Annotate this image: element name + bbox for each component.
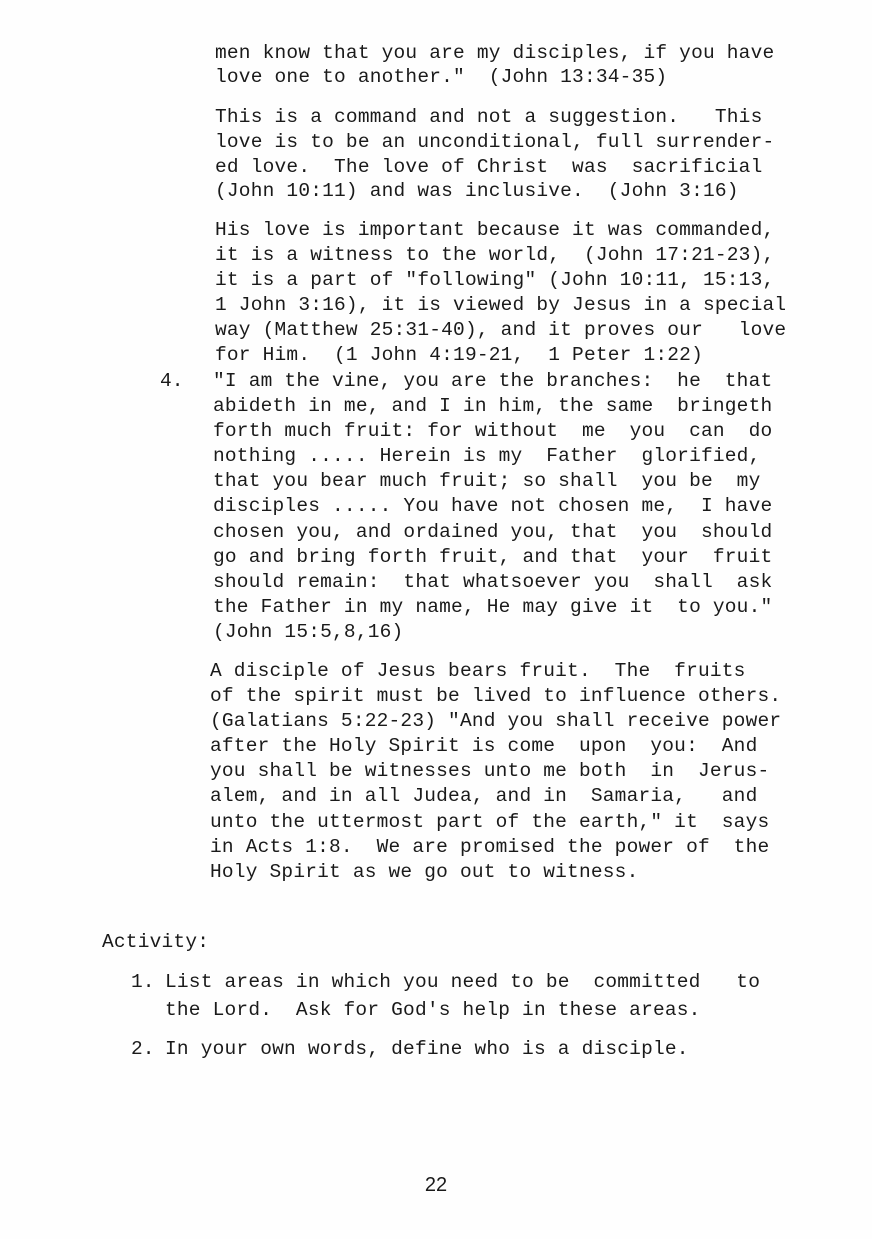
text-line: it is a witness to the world, (John 17:2… bbox=[215, 246, 774, 266]
text-line: chosen you, and ordained you, that you s… bbox=[213, 523, 772, 543]
text-line: disciples ..... You have not chosen me, … bbox=[213, 497, 772, 517]
text-line: the Father in my name, He may give it to… bbox=[213, 598, 772, 618]
text-line: abideth in me, and I in him, the same br… bbox=[213, 397, 772, 417]
text-line: way (Matthew 25:31-40), and it proves ou… bbox=[215, 321, 786, 341]
text-line: in Acts 1:8. We are promised the power o… bbox=[210, 838, 769, 858]
list-number: 2. bbox=[131, 1040, 154, 1060]
text-line: of the spirit must be lived to influence… bbox=[210, 687, 781, 707]
text-line: love one to another." (John 13:34-35) bbox=[215, 68, 667, 88]
text-line: This is a command and not a suggestion. … bbox=[215, 108, 763, 128]
list-number: 1. bbox=[131, 973, 154, 993]
text-line: His love is important because it was com… bbox=[215, 221, 774, 241]
text-line: should remain: that whatsoever you shall… bbox=[213, 573, 772, 593]
text-line: nothing ..... Herein is my Father glorif… bbox=[213, 447, 761, 467]
text-line: it is a part of "following" (John 10:11,… bbox=[215, 271, 774, 291]
activity-item-text: List areas in which you need to be commi… bbox=[165, 973, 760, 993]
text-line: unto the uttermost part of the earth," i… bbox=[210, 813, 769, 833]
document-page: men know that you are my disciples, if y… bbox=[0, 0, 872, 1239]
text-line: (John 10:11) and was inclusive. (John 3:… bbox=[215, 182, 739, 202]
text-line: Holy Spirit as we go out to witness. bbox=[210, 863, 638, 883]
text-line: love is to be an unconditional, full sur… bbox=[215, 133, 774, 153]
text-line: A disciple of Jesus bears fruit. The fru… bbox=[210, 662, 746, 682]
text-line: ed love. The love of Christ was sacrific… bbox=[215, 158, 763, 178]
text-line: men know that you are my disciples, if y… bbox=[215, 44, 774, 64]
text-line: (Galatians 5:22-23) "And you shall recei… bbox=[210, 712, 781, 732]
list-number: 4. bbox=[160, 372, 183, 392]
text-line: "I am the vine, you are the branches: he… bbox=[213, 372, 772, 392]
text-line: for Him. (1 John 4:19-21, 1 Peter 1:22) bbox=[215, 346, 703, 366]
text-line: 1 John 3:16), it is viewed by Jesus in a… bbox=[215, 296, 786, 316]
text-line: that you bear much fruit; so shall you b… bbox=[213, 472, 761, 492]
activity-item-text: the Lord. Ask for God's help in these ar… bbox=[165, 1001, 701, 1021]
activity-item-text: In your own words, define who is a disci… bbox=[165, 1040, 689, 1060]
text-line: alem, and in all Judea, and in Samaria, … bbox=[210, 787, 758, 807]
activity-heading: Activity: bbox=[102, 933, 209, 953]
text-line: (John 15:5,8,16) bbox=[213, 623, 403, 643]
text-line: after the Holy Spirit is come upon you: … bbox=[210, 737, 758, 757]
text-line: you shall be witnesses unto me both in J… bbox=[210, 762, 769, 782]
text-line: forth much fruit: for without me you can… bbox=[213, 422, 772, 442]
text-line: go and bring forth fruit, and that your … bbox=[213, 548, 772, 568]
page-number: 22 bbox=[0, 1174, 872, 1197]
